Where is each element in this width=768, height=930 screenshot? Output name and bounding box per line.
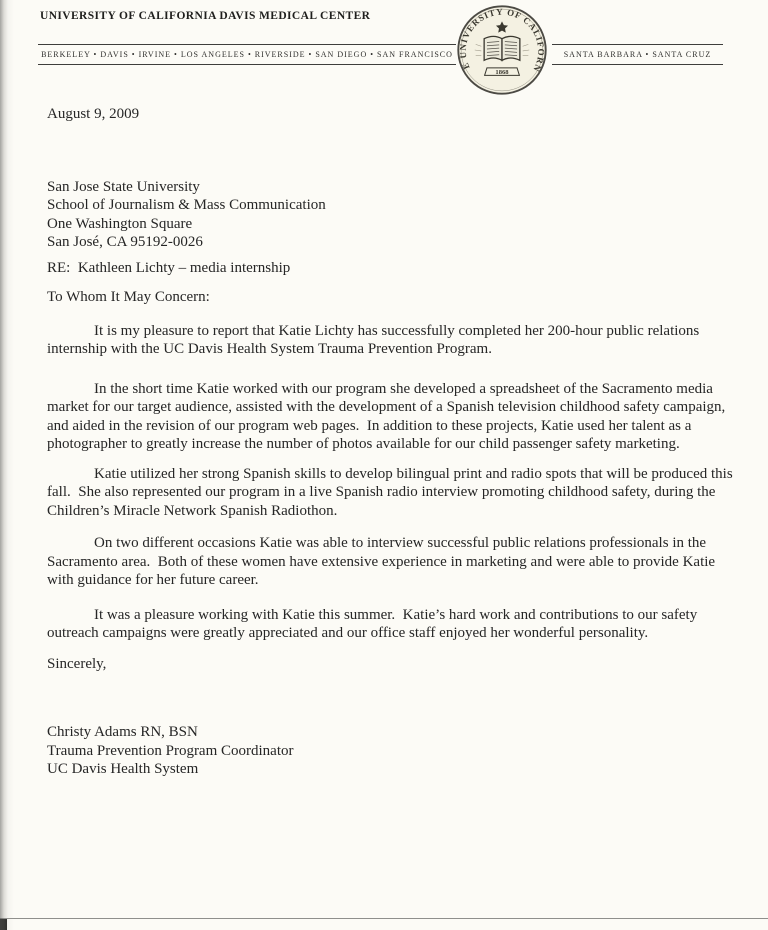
closing: Sincerely, <box>47 655 740 674</box>
paragraph: It is my pleasure to report that Katie L… <box>47 322 740 359</box>
letterhead-institution: UNIVERSITY OF CALIFORNIA DAVIS MEDICAL C… <box>40 10 370 22</box>
letterhead-campuses-left: BERKELEY • DAVIS • IRVINE • LOS ANGELES … <box>38 44 456 65</box>
recipient-address: San Jose State University School of Jour… <box>47 178 740 252</box>
subject-line: RE: Kathleen Lichty – media internship <box>47 259 740 278</box>
letterhead: UNIVERSITY OF CALIFORNIA DAVIS MEDICAL C… <box>0 0 768 96</box>
scanned-letter-page: UNIVERSITY OF CALIFORNIA DAVIS MEDICAL C… <box>0 0 768 930</box>
signature-name: Christy Adams RN, BSN <box>47 723 740 742</box>
seal-year-banner: 1868 <box>485 68 520 76</box>
uc-seal-icon: THE UNIVERSITY OF CALIFORNIA <box>454 3 550 97</box>
letter-body: August 9, 2009 San Jose State University… <box>47 96 740 779</box>
seal-year: 1868 <box>495 69 509 76</box>
address-line: San Jose State University <box>47 178 740 197</box>
signature-block: Christy Adams RN, BSN Trauma Prevention … <box>47 723 740 779</box>
paragraph: It was a pleasure working with Katie thi… <box>47 606 740 643</box>
signature-org: UC Davis Health System <box>47 760 740 779</box>
address-line: San José, CA 95192-0026 <box>47 233 740 252</box>
paragraph: In the short time Katie worked with our … <box>47 380 740 454</box>
signature-title: Trauma Prevention Program Coordinator <box>47 742 740 761</box>
paragraph: Katie utilized her strong Spanish skills… <box>47 465 740 521</box>
salutation: To Whom It May Concern: <box>47 288 740 307</box>
address-line: School of Journalism & Mass Communicatio… <box>47 196 740 215</box>
letter-date: August 9, 2009 <box>47 105 740 124</box>
paragraph: On two different occasions Katie was abl… <box>47 534 740 590</box>
scan-edge-line <box>0 918 768 919</box>
letterhead-campuses-right: SANTA BARBARA • SANTA CRUZ <box>552 44 723 65</box>
scan-corner-mark <box>0 919 7 930</box>
seal-open-book-icon <box>484 36 520 60</box>
address-line: One Washington Square <box>47 215 740 234</box>
